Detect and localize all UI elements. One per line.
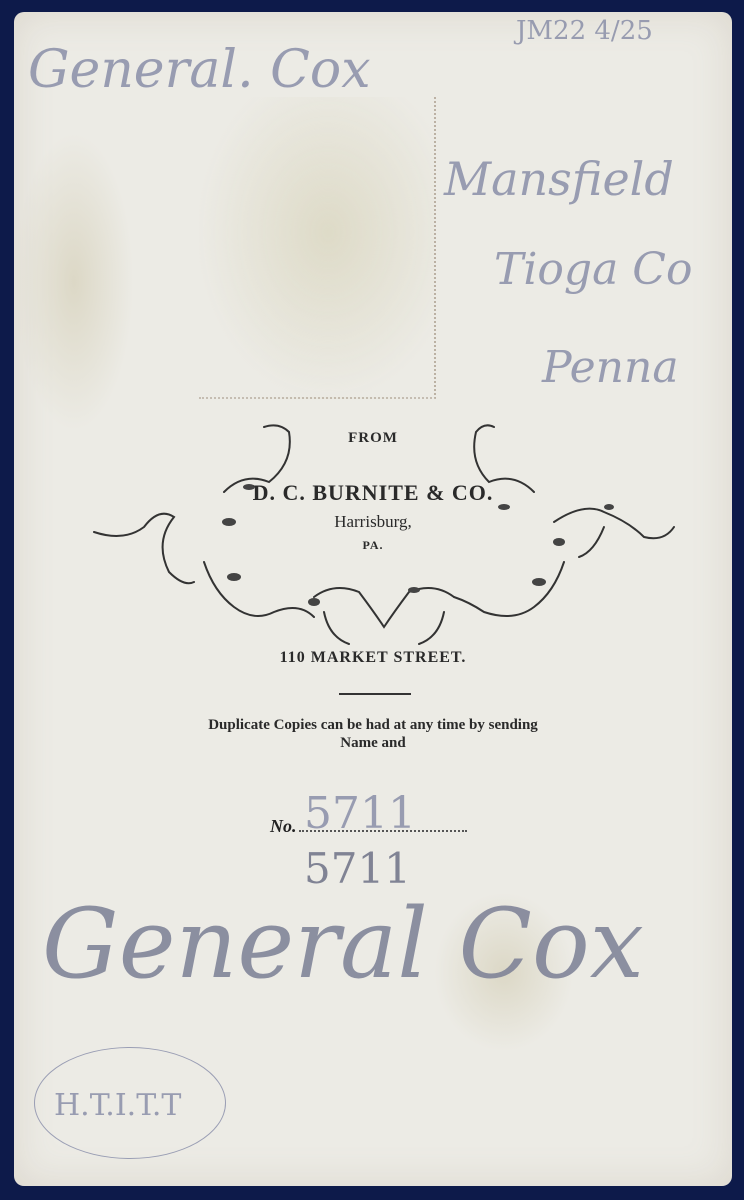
carte-de-visite-back: General. Cox JM22 4/25 Mansfield Tioga C…: [14, 12, 732, 1186]
handwritten-circled-code: H.T.I.T.T: [54, 1088, 181, 1123]
handwritten-code-top-right: JM22 4/25: [516, 16, 653, 46]
handwritten-name-top: General. Cox: [28, 40, 371, 100]
handwritten-name-bottom: General Cox: [42, 888, 644, 1000]
imprint-from: FROM: [14, 430, 732, 447]
vine-ornament: [84, 412, 684, 652]
handwritten-location-1: Mansfield: [444, 152, 674, 206]
photographer-address: 110 MARKET STREET.: [14, 649, 732, 667]
handwritten-number-below: 5711: [304, 844, 411, 893]
photographer-city: Harrisburg,: [14, 512, 732, 532]
duplicate-notice: Duplicate Copies can be had at any time …: [14, 716, 732, 752]
removed-stamp-mark: [199, 97, 436, 399]
number-label: No.: [270, 816, 297, 836]
duplicate-notice-line-1: Duplicate Copies can be had at any time …: [14, 716, 732, 734]
divider-rule: [339, 693, 411, 695]
handwritten-location-2: Tioga Co: [494, 244, 692, 295]
age-stain: [14, 132, 134, 432]
handwritten-location-3: Penna: [542, 342, 679, 393]
photographer-firm-name: D. C. BURNITE & CO.: [14, 480, 732, 506]
handwritten-number-on-line: 5711: [304, 788, 416, 839]
duplicate-notice-line-2: Name and: [14, 734, 732, 752]
photographer-state: PA.: [14, 538, 732, 553]
